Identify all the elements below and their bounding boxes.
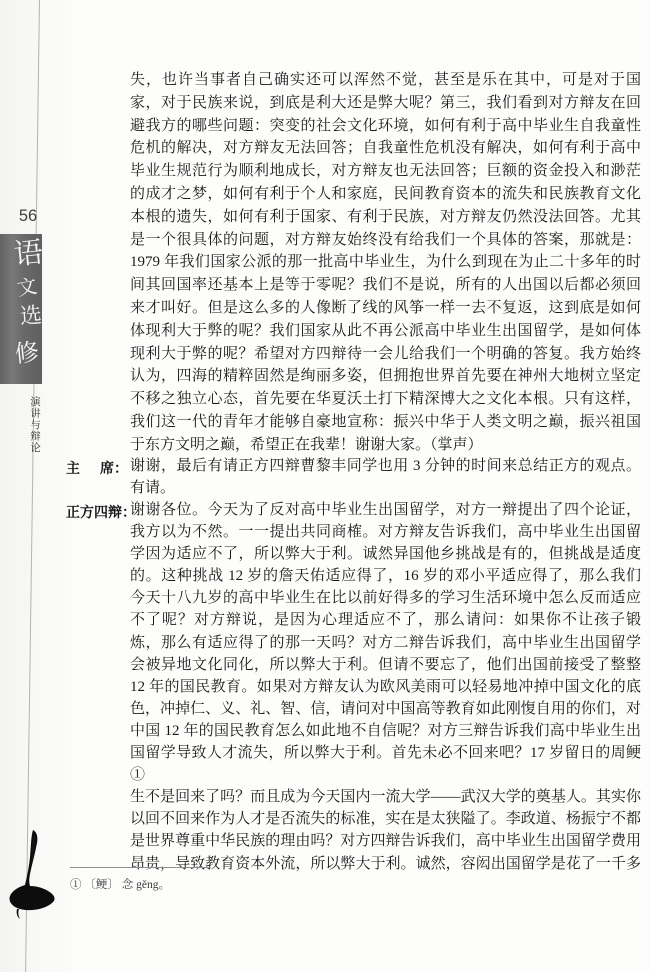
speaker-name-char: 辩 (108, 501, 122, 523)
speaker-name: 正方四辩 (66, 501, 122, 523)
text-line: 学因为适应不了，所以弊大于利。诚然异国他乡挑战是有的，但挑战是适度 (130, 543, 641, 565)
speech-affirmative-4th: 谢谢各位。今天为了反对高中毕业生出国留学，对方一辩提出了四个论证，我方以为不然。… (130, 499, 641, 875)
text-line: 毕业生规范行为顺利地成长，对方辩友也无法回答；巨额的资金投入和渺茫 (130, 160, 641, 183)
text-line: 不移之独立心态，首先要在华夏沃土打下精深博大之文化本根。只有这样， (130, 388, 641, 411)
ink-brush-mark (7, 829, 63, 919)
speaker-name-char: 主 (66, 457, 80, 479)
text-line: 现利大于弊的呢？希望对方四辩待一会儿给我们一个明确的答复。我方始终 (130, 343, 641, 366)
text-line: 炼，那么有适应得了的那一天吗？对方二辩告诉我们，高中毕业生出国留学 (130, 632, 641, 654)
speech-host: 谢谢，最后有请正方四辩曹黎丰同学也用 3 分钟的时间来总结正方的观点。有请。 (130, 455, 641, 499)
text-line: 12 年的国民教育。如果对方辩友认为欧风美雨可以轻易地冲掉中国文化的底 (130, 676, 641, 698)
speaker-name-char: 四 (94, 501, 108, 523)
speech-continuation-paragraph: 失，也许当事者自己确实还可以浑然不觉，甚至是乐在其中，可是对于国家，对于民族来说… (130, 69, 641, 457)
text-line: 谢谢，最后有请正方四辩曹黎丰同学也用 3 分钟的时间来总结正方的观点。 (130, 455, 641, 477)
text-line: 国留学导致人才流失，所以弊大于利。首先未必不回来吧？17 岁留日的周鲠① (130, 742, 641, 786)
text-line: 我方以为不然。一一提出共同商榷。对方辩友告诉我们，高中毕业生出国留 (130, 521, 641, 543)
page-number: 56 (15, 206, 41, 226)
text-line: 避我方的哪些问题：突变的社会文化环境，如何有利于高中毕业生自我童性 (130, 115, 641, 138)
text-line: 的成才之梦，如何有利于个人和家庭，民间教育资本的流失和民族教育文化 (130, 183, 641, 206)
speaker-name-char: 正 (66, 501, 80, 523)
text-line: 会被异地文化同化，所以弊大于利。但请不要忘了，他们出国前接受了整整 (130, 654, 641, 676)
text-line: 认为，四海的精粹固然是绚丽多姿，但拥抱世界首先要在神州大地树立坚定 (130, 365, 641, 388)
series-title-block: 语 文 选 修 (0, 234, 42, 384)
speaker-name-char: 方 (80, 501, 94, 523)
text-line: 我们这一代的青年才能够自豪地宣称：振兴中华于人类文明之巅，振兴祖国 (130, 411, 641, 434)
book-subtitle: 演讲与辩论 (27, 396, 42, 458)
series-title-char: 语 (13, 239, 45, 271)
text-line: 家，对于民族来说，到底是利大还是弊大呢？第三，我们看到对方辩友在回 (130, 92, 641, 115)
text-line: 来才叫好。但是这么多的人像断了线的风筝一样一去不复返，这到底是如何 (130, 297, 641, 320)
speaker-colon: ： (114, 457, 128, 479)
speaker-label-affirmative-4th: 正方四辩： (66, 501, 136, 523)
text-line: 不了呢？对方辩说，是因为心理适应不了，那么请问：如果你不让孩子锻 (130, 609, 641, 631)
text-line: 1979 年我们国家公派的那一批高中毕业生，为什么到现在为止二十多年的时 (130, 251, 641, 274)
text-line: 于东方文明之巅，希望正在我辈！谢谢大家。（掌声） (130, 434, 641, 457)
text-line: 谢谢各位。今天为了反对高中毕业生出国留学，对方一辩提出了四个论证， (130, 499, 641, 521)
book-page: 56 语 文 选 修 演讲与辩论 失，也许当事者自己确实还可以浑然不觉，甚至是乐… (0, 0, 650, 972)
text-line: 今天十八九岁的高中毕业生在比以前好得多的学习生活环境中怎么反而适应 (130, 587, 641, 609)
series-title-char: 文 (15, 276, 38, 299)
speaker-label-host: 主席： (66, 457, 128, 479)
text-line: 体现利大于弊的呢？我们国家从此不再公派高中毕业生出国留学，是如何体 (130, 320, 641, 343)
text-line: 是一个很具体的问题，对方辩友始终没有给我们一个具体的答案，那就是： (130, 229, 641, 252)
text-line: 是世界尊重中华民族的理由吗？对方四辩告诉我们，高中毕业生出国留学费用 (130, 830, 641, 852)
margin-rule (25, 0, 40, 972)
text-line: 生不是回来了吗？而且成为今天国内一流大学——武汉大学的奠基人。其实你 (130, 786, 641, 808)
text-line: 本根的遗失，如何有利于国家、有利于民族，对方辩友仍然没法回答。尤其 (130, 206, 641, 229)
footnote-divider (70, 867, 210, 868)
text-line: 有请。 (130, 477, 641, 499)
series-title-char: 选 (19, 304, 42, 327)
text-line: 间其回国率还基本上是等于零呢？我们不是说，所有的人出国以后都必须回 (130, 274, 641, 297)
speaker-name: 主席 (66, 457, 114, 479)
text-line: 昂贵，导致教育资本外流，所以弊大于利。诚然，容闳出国留学是花了一千多 (130, 853, 641, 875)
text-line: 中国 12 年的国民教育怎么如此地不自信呢？对方三辩告诉我们高中毕业生出 (130, 720, 641, 742)
text-line: 的。这种挑战 12 岁的詹天佑适应得了，16 岁的邓小平适应得了，那么我们 (130, 565, 641, 587)
text-line: 危机的解决，对方辩友无法回答；自我童性危机没有解决，如何有利于高中 (130, 137, 641, 160)
text-line: 以回不回来作为人才是否流失的标准，实在是太狭隘了。李政道、杨振宁不都 (130, 808, 641, 830)
text-line: 色，冲掉仁、义、礼、智、信，请问对中国高等教育如此刚愎自用的你们，对 (130, 698, 641, 720)
series-title-char: 修 (14, 341, 40, 367)
speaker-name-char: 席 (100, 457, 114, 479)
footnote-text: ① 〔鲠〕 念 gěng。 (70, 877, 170, 893)
text-line: 失，也许当事者自己确实还可以浑然不觉，甚至是乐在其中，可是对于国 (130, 69, 641, 92)
